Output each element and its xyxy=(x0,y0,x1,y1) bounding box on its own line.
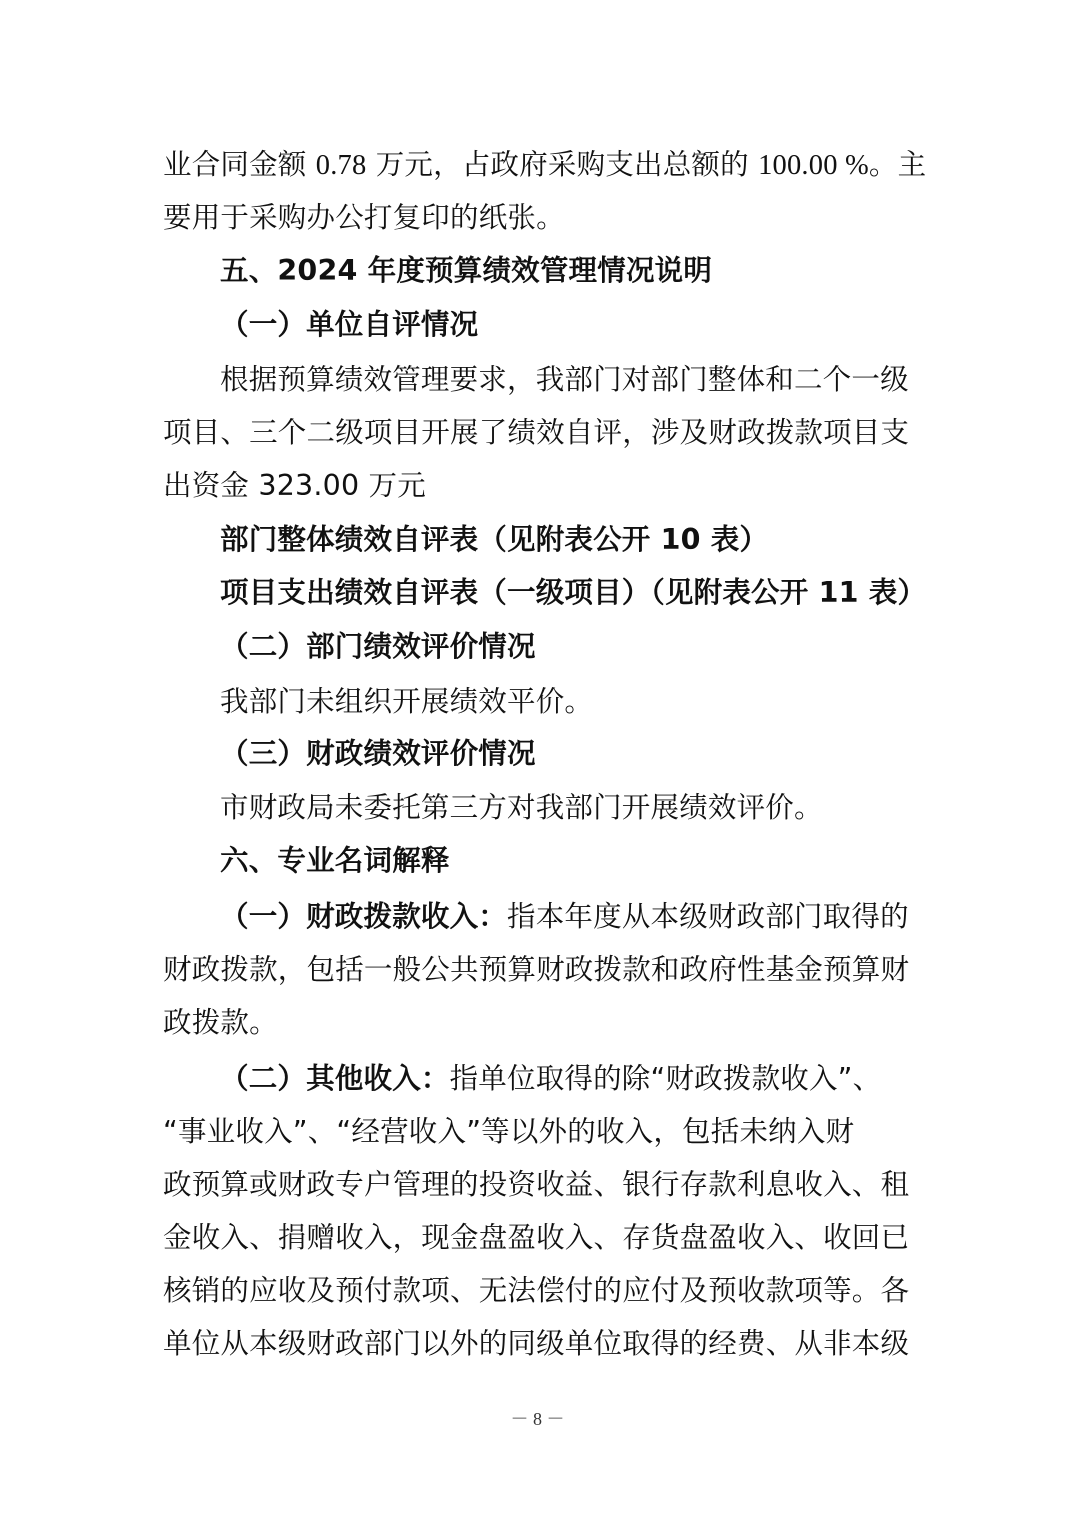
term-text: 指单位取得的除“财政拨款收入”、 xyxy=(450,1062,882,1095)
table-reference-10: 部门整体绩效自评表（见附表公开 10 表） xyxy=(220,520,768,560)
amount-value: 0.78 xyxy=(316,150,367,181)
document-page: 业合同金额 0.78 万元，占政府采购支出总额的 100.00 %。主 要用于采… xyxy=(0,0,1075,1520)
text-segment: 。主 xyxy=(869,148,926,181)
section-heading-5: 五、2024 年度预算绩效管理情况说明 xyxy=(220,251,712,291)
paragraph-line: 市财政局未委托第三方对我部门开展绩效评价。 xyxy=(220,788,823,828)
paragraph-line: 项目、三个二级项目开展了绩效自评，涉及财政拨款项目支 xyxy=(163,413,909,453)
paragraph-line: 我部门未组织开展绩效平价。 xyxy=(220,682,593,722)
table-reference-11: 项目支出绩效自评表（一级项目）（见附表公开 11 表） xyxy=(220,573,926,613)
term-label: （一）财政拨款收入： xyxy=(220,899,507,933)
page-number: － 8 － xyxy=(0,1405,1075,1431)
paragraph-line: 出资金 323.00 万元 xyxy=(163,466,426,506)
term-text: 指本年度从本级财政部门取得的 xyxy=(507,900,909,933)
percent-value: 100.00 % xyxy=(758,150,869,181)
text-segment: 万元，占政府采购支出总额的 xyxy=(366,148,758,181)
paragraph-line: 根据预算绩效管理要求，我部门对部门整体和二个一级 xyxy=(220,360,909,400)
paragraph-line: 业合同金额 0.78 万元，占政府采购支出总额的 100.00 %。主 xyxy=(163,145,926,186)
term-definition-line: （二）其他收入：指单位取得的除“财政拨款收入”、 xyxy=(220,1058,881,1099)
term-definition-line: （一）财政拨款收入：指本年度从本级财政部门取得的 xyxy=(220,896,909,937)
paragraph-line: “事业收入”、“经营收入”等以外的收入，包括未纳入财 xyxy=(163,1112,854,1152)
paragraph-line: 核销的应收及预付款项、无法偿付的应付及预收款项等。各 xyxy=(163,1271,909,1311)
term-label: （二）其他收入： xyxy=(220,1061,450,1095)
paragraph-line: 政预算或财政专户管理的投资收益、银行存款利息收入、租 xyxy=(163,1165,909,1205)
paragraph-line: 政拨款。 xyxy=(163,1003,278,1043)
subsection-heading-finance-eval: （三）财政绩效评价情况 xyxy=(220,733,536,773)
paragraph-line: 要用于采购办公打复印的纸张。 xyxy=(163,198,565,238)
section-heading-6: 六、专业名词解释 xyxy=(220,841,450,881)
paragraph-line: 金收入、捐赠收入，现金盘盈收入、存货盘盈收入、收回已 xyxy=(163,1218,909,1258)
text-segment: 业合同金额 xyxy=(163,148,316,181)
subsection-heading-self-eval: （一）单位自评情况 xyxy=(220,304,478,344)
paragraph-line: 财政拨款，包括一般公共预算财政拨款和政府性基金预算财 xyxy=(163,950,909,990)
subsection-heading-dept-eval: （二）部门绩效评价情况 xyxy=(220,626,536,666)
paragraph-line: 单位从本级财政部门以外的同级单位取得的经费、从非本级 xyxy=(163,1324,909,1364)
